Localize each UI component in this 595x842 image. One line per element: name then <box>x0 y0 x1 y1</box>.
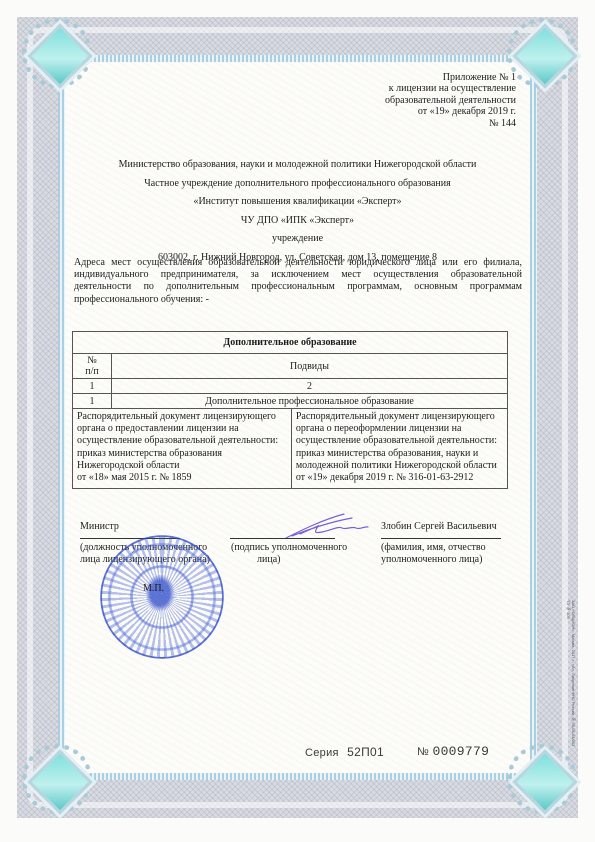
appendix-title: Приложение № 1 <box>385 72 516 83</box>
signature-caption: (подпись уполномоченного лица) <box>231 542 347 566</box>
organization-short-name: ЧУ ДПО «ИПК «Эксперт» <box>65 215 530 234</box>
official-name: Злобин Сергей Васильевич <box>381 521 497 533</box>
reissue-order-cell: Распорядительный документ лицензирующего… <box>291 409 507 489</box>
organization-type: учреждение <box>65 233 530 252</box>
organization-full-name: Частное учреждение дополнительного профе… <box>65 178 530 197</box>
cell-line: органа о предоставлении лицензии на <box>77 423 288 435</box>
signature-line <box>230 538 335 539</box>
addresses-paragraph: Адреса мест осуществления образовательно… <box>74 257 522 306</box>
caption-line: (фамилия, имя, отчество <box>381 542 486 554</box>
seal-mark: М.П. <box>143 583 164 594</box>
cell-line: приказ министерства образования, науки и <box>296 448 504 460</box>
column-header-subtypes: Подвиды <box>112 354 508 379</box>
official-position: Министр <box>80 521 119 533</box>
organization-full-name: «Институт повышения квалификации «Экспер… <box>65 196 530 215</box>
form-series: Серия 52П01 <box>305 745 384 759</box>
cell-line: осуществление образовательной деятельнос… <box>77 435 288 447</box>
appendix-date: от «19» декабря 2019 г. <box>385 106 516 117</box>
caption-line: лица) <box>231 554 347 566</box>
cell-line: от «19» декабря 2019 г. № 316-01-63-2912 <box>296 472 504 484</box>
name-line <box>381 538 501 539</box>
form-number: № 0009779 <box>417 744 489 759</box>
printer-imprint: ЗАО «ОПЦИОН», Москва, 2017 г., «А», Лице… <box>566 600 576 750</box>
cell-line: молодежной политики Нижегородской област… <box>296 460 504 472</box>
grant-order-cell: Распорядительный документ лицензирующего… <box>73 409 292 489</box>
caption-line: уполномоченного лица) <box>381 554 486 566</box>
cell-line: Нижегородской области <box>77 460 288 472</box>
caption-line: (подпись уполномоченного <box>231 542 347 554</box>
paragraph-line: профессионального обучения: - <box>74 294 522 306</box>
licensee-header: Министерство образования, науки и молоде… <box>65 159 530 271</box>
coat-of-arms-icon <box>143 575 177 615</box>
series-label: Серия <box>305 747 339 759</box>
column-header-number: №п/п <box>73 354 112 379</box>
education-table: Дополнительное образование №п/п Подвиды … <box>72 331 508 489</box>
paragraph-line: деятельности по дополнительным профессио… <box>74 281 522 293</box>
name-caption: (фамилия, имя, отчество уполномоченного … <box>381 542 486 566</box>
index-cell: 1 <box>73 379 112 394</box>
appendix-header: Приложение № 1 к лицензии на осуществлен… <box>385 72 516 129</box>
cell-line: Распорядительный документ лицензирующего <box>296 411 504 423</box>
table-title: Дополнительное образование <box>73 332 508 354</box>
series-value: 52П01 <box>347 745 384 759</box>
cell-line: от «18» мая 2015 г. № 1859 <box>77 472 288 484</box>
cell-line: органа о переоформлении лицензии на <box>296 423 504 435</box>
row-number: 1 <box>73 394 112 409</box>
paragraph-line: индивидуального предпринимателя, за искл… <box>74 269 522 281</box>
appendix-line: образовательной деятельности <box>385 95 516 106</box>
document-content: Приложение № 1 к лицензии на осуществлен… <box>65 62 530 773</box>
number-value: 0009779 <box>432 744 489 759</box>
number-label: № <box>417 746 429 758</box>
cell-line: Распорядительный документ лицензирующего <box>77 411 288 423</box>
paragraph-line: Адреса мест осуществления образовательно… <box>74 257 522 269</box>
table-row: 1 Дополнительное профессиональное образо… <box>73 394 508 409</box>
row-subtype: Дополнительное профессиональное образова… <box>112 394 508 409</box>
index-cell: 2 <box>112 379 508 394</box>
appendix-line: к лицензии на осуществление <box>385 83 516 94</box>
ministry-name: Министерство образования, науки и молоде… <box>65 159 530 178</box>
appendix-number: № 144 <box>385 118 516 129</box>
cell-line: осуществление образовательной деятельнос… <box>296 435 504 447</box>
cell-line: приказ министерства образования <box>77 448 288 460</box>
